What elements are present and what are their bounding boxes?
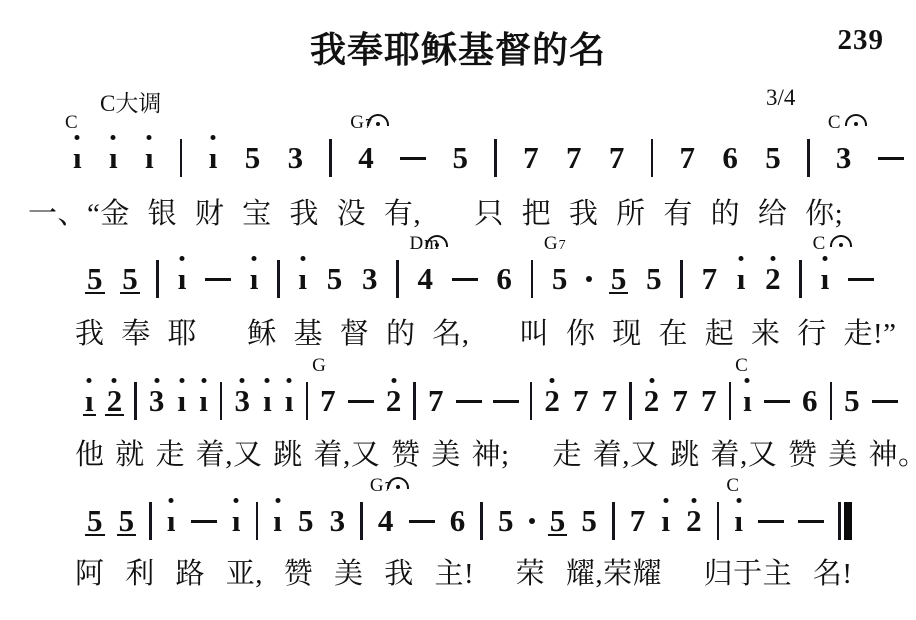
sheet-music-page: 我奉耶稣基督的名 239 C大调 3/4 ıCııı534G757777653C… [0, 0, 916, 620]
note: 7 [671, 384, 689, 418]
lyrics-line-4: 阿 利 路 亚, 赞 美 我 主! 荣 耀,荣耀 归于主 名! [75, 551, 853, 592]
note: ıC [820, 262, 831, 296]
note: 2 [643, 384, 661, 418]
duration-dash [848, 278, 874, 281]
chord-label: G [312, 356, 327, 376]
note: 7 [700, 384, 718, 418]
barline [807, 139, 810, 177]
note: 7 [565, 141, 583, 175]
final-barline [838, 502, 852, 540]
octave-dot [649, 378, 654, 383]
lyrics-line-3: 他 就 走 着,又 跳 着,又 赞 美 神; 走 着,又 跳 着,又 赞 美 神… [75, 432, 916, 473]
barline [256, 502, 259, 540]
note: 7 [427, 384, 445, 418]
octave-dot [180, 256, 185, 261]
fermata-icon [367, 114, 389, 126]
duration-dash [872, 400, 898, 403]
augmentation-dot [586, 276, 592, 282]
note: 5 [244, 141, 262, 175]
octave-dot [75, 135, 80, 140]
octave-dot [169, 498, 174, 503]
augmentation-dot [529, 518, 535, 524]
octave-dot [275, 498, 280, 503]
note: 3C [835, 141, 853, 175]
barline [629, 382, 632, 420]
note: 6 [495, 262, 513, 296]
note: ı [177, 262, 188, 296]
barline [413, 382, 416, 420]
note: 3 [287, 141, 305, 175]
note: ıC [72, 141, 83, 175]
barline [729, 382, 732, 420]
duration-dash [764, 400, 790, 403]
fermata-icon [387, 477, 409, 489]
barline [134, 382, 137, 420]
barline [530, 382, 533, 420]
note: ı [108, 141, 119, 175]
page-title: 我奉耶稣基督的名 [0, 22, 916, 73]
key-signature: C大调 [100, 85, 161, 118]
barline [494, 139, 497, 177]
duration-dash [798, 520, 824, 523]
barline [612, 502, 615, 540]
fermata-icon [426, 235, 448, 247]
note: 2 [106, 384, 124, 418]
note: ı [262, 384, 273, 418]
barline [799, 260, 802, 298]
octave-dot [745, 378, 750, 383]
note: ı [231, 504, 242, 538]
note: ıC [733, 504, 744, 538]
barline [531, 260, 534, 298]
octave-dot [736, 498, 741, 503]
note: 5 [497, 504, 515, 538]
barline [220, 382, 223, 420]
music-line-1: ıCııı534G757777653C [72, 141, 904, 175]
note: ı [177, 384, 188, 418]
barline [480, 502, 483, 540]
duration-dash [400, 157, 426, 160]
duration-dash [878, 157, 904, 160]
octave-dot [234, 498, 239, 503]
music-line-3: ı23ıı3ıı7G27277277ıC65 [84, 384, 898, 418]
duration-dash [348, 400, 374, 403]
note: 5 [326, 262, 344, 296]
octave-dot [87, 378, 92, 383]
duration-dash [409, 520, 435, 523]
octave-dot [391, 378, 396, 383]
octave-dot [739, 256, 744, 261]
note: 3 [234, 384, 252, 418]
time-signature: 3/4 [766, 85, 795, 111]
octave-dot [112, 378, 117, 383]
note: 6 [721, 141, 739, 175]
music-line-4: 55ııı534G765557ı2ıC [86, 504, 852, 538]
note: 5 [86, 262, 104, 296]
note: 4G7 [377, 504, 395, 538]
note: 7 [601, 384, 619, 418]
octave-dot [287, 378, 292, 383]
page-number: 239 [838, 24, 885, 57]
note: ı [272, 504, 283, 538]
barline [717, 502, 720, 540]
barline [149, 502, 152, 540]
note: 3 [148, 384, 166, 418]
octave-dot [691, 498, 696, 503]
barline [329, 139, 332, 177]
note: 6 [449, 504, 467, 538]
note: 5 [610, 262, 628, 296]
octave-dot [211, 135, 216, 140]
note: 5 [118, 504, 136, 538]
note: 7 [522, 141, 540, 175]
note: 7G [319, 384, 337, 418]
octave-dot [252, 256, 257, 261]
octave-dot [300, 256, 305, 261]
note: 5 [764, 141, 782, 175]
note: 5 [549, 504, 567, 538]
note: 5 [843, 384, 861, 418]
note: 6 [801, 384, 819, 418]
note: 5 [451, 141, 469, 175]
octave-dot [147, 135, 152, 140]
duration-dash [452, 278, 478, 281]
note: 7 [572, 384, 590, 418]
barline [680, 260, 683, 298]
note: ı [284, 384, 295, 418]
note: 7 [679, 141, 697, 175]
note: ı [144, 141, 155, 175]
music-line-2: 55ııı534Dm65G7557ı2ıC [86, 262, 874, 296]
barline [156, 260, 159, 298]
note: 2 [764, 262, 782, 296]
note: ı [198, 384, 209, 418]
note: 5G7 [551, 262, 569, 296]
octave-dot [770, 256, 775, 261]
barline [830, 382, 833, 420]
note: ı [249, 262, 260, 296]
barline [180, 139, 183, 177]
note: 5 [645, 262, 663, 296]
duration-dash [191, 520, 217, 523]
note: ı [84, 384, 95, 418]
chord-label: G7 [544, 234, 567, 256]
octave-dot [240, 378, 245, 383]
note: 5 [86, 504, 104, 538]
note: 2 [685, 504, 703, 538]
octave-dot [201, 378, 206, 383]
note: 4Dm [416, 262, 434, 296]
barline [277, 260, 280, 298]
chord-label: C [735, 356, 749, 376]
octave-dot [822, 256, 827, 261]
note: 5 [580, 504, 598, 538]
note: 7 [701, 262, 719, 296]
note: ı [660, 504, 671, 538]
note: 4G7 [357, 141, 375, 175]
octave-dot [179, 378, 184, 383]
note: ı [297, 262, 308, 296]
chord-extension: 7 [559, 238, 567, 253]
fermata-icon [845, 114, 867, 126]
barline [396, 260, 399, 298]
note: ı [208, 141, 219, 175]
final-barline-thin [838, 502, 841, 540]
lyrics-line-1: 一、“金 银 财 宝 我 没 有, 只 把 我 所 有 的 给 你; [28, 191, 843, 232]
octave-dot [265, 378, 270, 383]
chord-label: C [828, 113, 842, 133]
note: 2 [385, 384, 403, 418]
fermata-icon [830, 235, 852, 247]
duration-dash [456, 400, 482, 403]
duration-dash [205, 278, 231, 281]
octave-dot [154, 378, 159, 383]
octave-dot [663, 498, 668, 503]
note: ı [736, 262, 747, 296]
duration-dash [493, 400, 519, 403]
note: ıC [742, 384, 753, 418]
note: 7 [608, 141, 626, 175]
duration-dash [758, 520, 784, 523]
note: 3 [329, 504, 347, 538]
note: 7 [629, 504, 647, 538]
chord-label: C [813, 234, 827, 254]
note: 5 [121, 262, 139, 296]
barline [360, 502, 363, 540]
note: 5 [297, 504, 315, 538]
octave-dot [111, 135, 116, 140]
lyrics-line-2: 我 奉 耶 稣 基 督 的 名, 叫 你 现 在 起 来 行 走!” [75, 311, 897, 352]
chord-label: C [65, 113, 79, 133]
barline [651, 139, 654, 177]
chord-label: C [726, 476, 740, 496]
final-barline-thick [844, 502, 852, 540]
note: 2 [543, 384, 561, 418]
note: ı [166, 504, 177, 538]
barline [306, 382, 309, 420]
octave-dot [550, 378, 555, 383]
note: 3 [361, 262, 379, 296]
